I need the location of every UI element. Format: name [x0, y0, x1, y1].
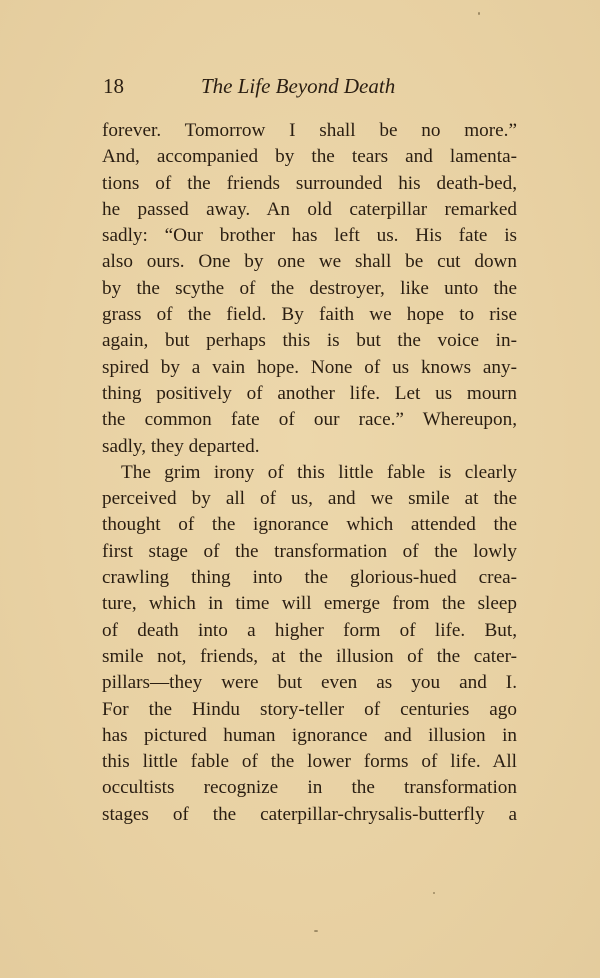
text-line: For the Hindu story-teller of centuries …	[102, 697, 517, 723]
page-header: 18 The Life Beyond Death	[103, 74, 523, 102]
text-line: the common fate of our race.” Whereupon,	[102, 407, 517, 433]
text-line: sadly: “Our brother has left us. His fat…	[102, 223, 517, 249]
paper-speck	[478, 12, 480, 15]
text-line: sadly, they departed.	[102, 434, 517, 460]
text-line: this little fable of the lower forms of …	[102, 749, 517, 775]
paper-speck	[314, 930, 318, 932]
text-line: first stage of the transformation of the…	[102, 539, 517, 565]
text-line: grass of the field. By faith we hope to …	[102, 302, 517, 328]
text-line: pillars—they were but even as you and I.	[102, 670, 517, 696]
text-line: The grim irony of this little fable is c…	[102, 460, 517, 486]
text-line: has pictured human ignorance and illusio…	[102, 723, 517, 749]
text-line: of death into a higher form of life. But…	[102, 618, 517, 644]
text-line: And, accompanied by the tears and lament…	[102, 144, 517, 170]
text-line: he passed away. An old caterpillar remar…	[102, 197, 517, 223]
text-line: smile not, friends, at the illusion of t…	[102, 644, 517, 670]
text-line: thing positively of another life. Let us…	[102, 381, 517, 407]
text-line: crawling thing into the glorious-hued cr…	[102, 565, 517, 591]
paragraph: forever. Tomorrow I shall be no more.” A…	[102, 118, 517, 460]
text-line: thought of the ignorance which attended …	[102, 512, 517, 538]
running-title: The Life Beyond Death	[201, 74, 395, 99]
text-line: again, but perhaps this is but the voice…	[102, 328, 517, 354]
text-line: by the scythe of the destroyer, like unt…	[102, 276, 517, 302]
body-text: forever. Tomorrow I shall be no more.” A…	[102, 118, 517, 828]
text-line: occultists recognize in the transformati…	[102, 775, 517, 801]
paragraph: The grim irony of this little fable is c…	[102, 460, 517, 828]
text-line: ture, which in time will emerge from the…	[102, 591, 517, 617]
paper-speck	[433, 892, 435, 894]
text-line: spired by a vain hope. None of us knows …	[102, 355, 517, 381]
book-page: 18 The Life Beyond Death forever. Tomorr…	[0, 0, 600, 978]
text-line: perceived by all of us, and we smile at …	[102, 486, 517, 512]
text-line: also ours. One by one we shall be cut do…	[102, 249, 517, 275]
text-line: forever. Tomorrow I shall be no more.”	[102, 118, 517, 144]
text-line: stages of the caterpillar-chrysalis-butt…	[102, 802, 517, 828]
text-line: tions of the friends surrounded his deat…	[102, 171, 517, 197]
page-number: 18	[103, 74, 124, 99]
